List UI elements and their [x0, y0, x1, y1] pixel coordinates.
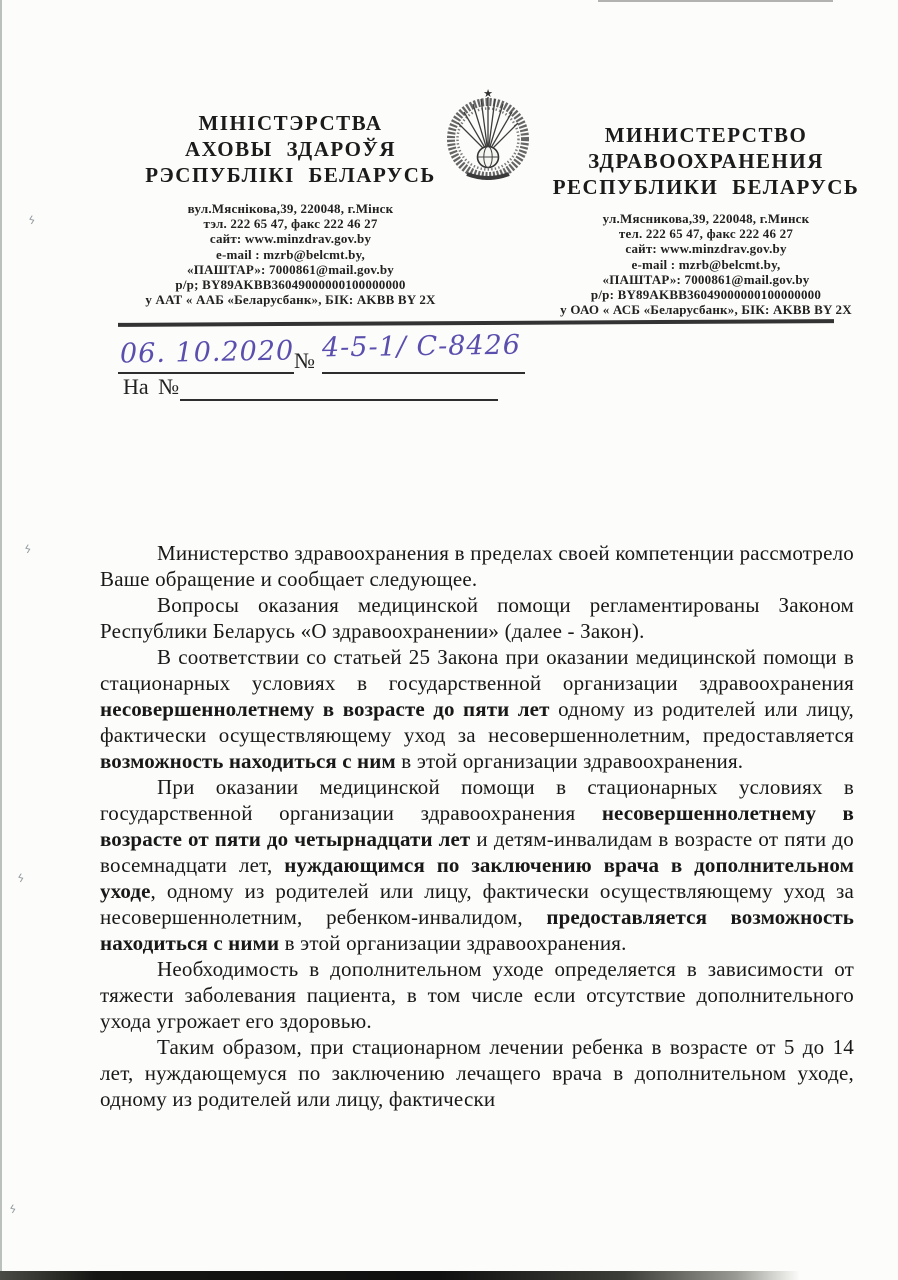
outgoing-number-handwritten: 4-5-1/ С-8426 — [322, 330, 521, 364]
svg-text:★: ★ — [483, 87, 493, 100]
org-name-ru-line: РЕСПУБЛИКИ БЕЛАРУСЬ — [528, 174, 884, 200]
paragraph: В соответствии со статьей 25 Закона при … — [100, 644, 854, 774]
reply-blank-line — [180, 399, 498, 401]
paragraph: Таким образом, при стационарном лечении … — [100, 1034, 854, 1112]
contact-details-russian: ул.Мясникова,39, 220048, г.Минск тел. 22… — [528, 211, 884, 317]
text-run-bold: несовершеннолетнему в возрасте до пяти л… — [100, 697, 550, 721]
contact-line-address: ул.Мясникова,39, 220048, г.Минск — [528, 211, 884, 226]
contact-line-email: e-mail : mzrb@belcmt.by, — [528, 257, 884, 272]
scan-speck: ϟ — [16, 871, 26, 885]
contact-line-site: сайт: www.minzdrav.gov.by — [118, 231, 463, 246]
org-name-by-line: МІНІСТЭРСТВА — [118, 110, 463, 136]
contact-line-pashtar: «ПАШТАР»: 7000861@mail.gov.by — [528, 272, 884, 287]
contact-line-phone: тел. 222 65 47, факс 222 46 27 — [528, 226, 884, 241]
contact-line-address: вул.Мяснікова,39, 220048, г.Мінск — [118, 201, 463, 216]
text-run: в этой организации здравоохранения. — [279, 931, 626, 955]
scan-edge-left — [0, 0, 2, 1280]
org-name-belarusian: МІНІСТЭРСТВА АХОВЫ ЗДАРОЎЯ РЭСПУБЛІКІ БЕ… — [118, 110, 463, 188]
text-run: Министерство здравоохранения в пределах … — [100, 541, 854, 591]
text-run: В соответствии со статьей 25 Закона при … — [100, 645, 854, 695]
coat-of-arms-icon: ★ — [440, 85, 536, 181]
text-run: Вопросы оказания медицинской помощи регл… — [100, 593, 854, 643]
paragraph: При оказании медицинской помощи в стацио… — [100, 774, 854, 956]
paragraph: Министерство здравоохранения в пределах … — [100, 540, 854, 592]
contact-line-pashtar: «ПАШТАР»: 7000861@mail.gov.by — [118, 262, 463, 277]
text-run: в этой организации здравоохранения. — [396, 749, 743, 773]
reply-to-label: На № — [123, 374, 179, 400]
org-name-by-line: РЭСПУБЛІКІ БЕЛАРУСЬ — [118, 162, 463, 188]
letterhead-divider-rule — [118, 319, 834, 327]
contact-line-phone: тэл. 222 65 47, факс 222 46 27 — [118, 216, 463, 231]
paragraph: Вопросы оказания медицинской помощи регл… — [100, 592, 854, 644]
org-name-by-line: АХОВЫ ЗДАРОЎЯ — [118, 136, 463, 162]
letterhead-right: МИНИСТЕРСТВО ЗДРАВООХРАНЕНИЯ РЕСПУБЛИКИ … — [528, 122, 884, 317]
text-run: Необходимость в дополнительном уходе опр… — [100, 957, 854, 1033]
outgoing-date-handwritten: 06. 10.2020 — [120, 335, 295, 369]
document-page: ϟ ϟ ϟ ϟ МІНІСТЭРСТВА АХОВЫ ЗДАРОЎЯ РЭСПУ… — [0, 0, 898, 1280]
scan-speck: ϟ — [23, 542, 33, 556]
org-name-ru-line: ЗДРАВООХРАНЕНИЯ — [528, 148, 884, 174]
org-name-ru-line: МИНИСТЕРСТВО — [528, 122, 884, 148]
scan-speck: ϟ — [8, 1202, 18, 1216]
scan-bottom-bar — [0, 1271, 800, 1280]
contact-details-belarusian: вул.Мяснікова,39, 220048, г.Мінск тэл. 2… — [118, 201, 463, 307]
number-sign-label: № — [294, 348, 315, 374]
contact-line-site: сайт: www.minzdrav.gov.by — [528, 241, 884, 256]
number-blank-line — [322, 372, 525, 374]
org-name-russian: МИНИСТЕРСТВО ЗДРАВООХРАНЕНИЯ РЕСПУБЛИКИ … — [528, 122, 884, 200]
contact-line-account: р/р: BY89AKBB36049000000100000000 — [528, 287, 884, 302]
text-run-bold: возможность находиться с ним — [100, 749, 396, 773]
contact-line-bank: у ААТ « ААБ «Беларусбанк», БІК: AKBB BY … — [118, 292, 463, 307]
paragraph: Необходимость в дополнительном уходе опр… — [100, 956, 854, 1034]
scan-speck: ϟ — [27, 213, 37, 227]
scan-edge-top — [598, 0, 833, 2]
letter-body: Министерство здравоохранения в пределах … — [100, 540, 854, 1112]
contact-line-email: e-mail : mzrb@belcmt.by, — [118, 247, 463, 262]
contact-line-account: р/р; BY89AKBB36049000000100000000 — [118, 277, 463, 292]
text-run: Таким образом, при стационарном лечении … — [100, 1035, 854, 1111]
letterhead-left: МІНІСТЭРСТВА АХОВЫ ЗДАРОЎЯ РЭСПУБЛІКІ БЕ… — [118, 110, 463, 307]
contact-line-bank: у ОАО « АСБ «Беларусбанк», БІК: AKBB BY … — [528, 302, 884, 317]
